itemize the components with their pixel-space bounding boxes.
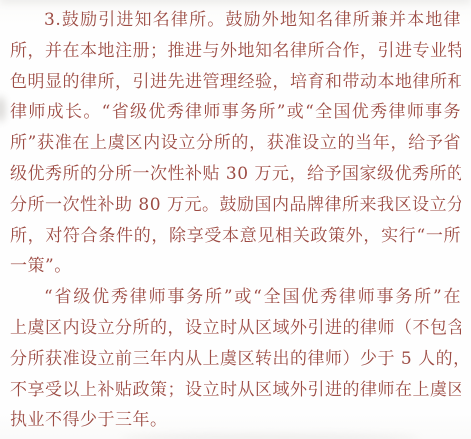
text-line: 律师成长。“省级优秀律师事务所”或“全国优秀律师事务	[10, 97, 461, 128]
text-line: 分所一次性补助 80 万元。鼓励国内品牌律所来我区设立分	[10, 190, 461, 221]
scan-artifact	[0, 0, 471, 3]
text-line: 执业不得少于三年。	[10, 405, 461, 436]
text-line: 上虞区内设立分所的，设立时从区域外引进的律师（不包含	[10, 313, 461, 344]
paragraph-2: “省级优秀律师事务所”或“全国优秀律师事务所”在 上虞区内设立分所的，设立时从区…	[10, 282, 461, 436]
text-line: 所”获准在上虞区内设立分所的，获准设立的当年，给予省	[10, 128, 461, 159]
text-line: 一策”。	[10, 251, 461, 282]
text-line: 3.鼓励引进知名律所。鼓励外地知名律所兼并本地律	[10, 5, 461, 36]
text-line: “省级优秀律师事务所”或“全国优秀律师事务所”在	[10, 282, 461, 313]
document-page: 3.鼓励引进知名律所。鼓励外地知名律所兼并本地律 所，并在本地注册；推进与外地知…	[0, 0, 471, 439]
text-line: 色明显的律所，引进先进管理经验，培育和带动本地律所和	[10, 67, 461, 98]
text-line: 所，对符合条件的，除享受本意见相关政策外，实行“一所	[10, 221, 461, 252]
text-line: 级优秀所的分所一次性补贴 30 万元，给予国家级优秀所的	[10, 159, 461, 190]
scan-artifact	[0, 96, 5, 122]
paragraph-1: 3.鼓励引进知名律所。鼓励外地知名律所兼并本地律 所，并在本地注册；推进与外地知…	[10, 5, 461, 282]
text-line: 分所获准设立前三年内从上虞区转出的律师）少于 5 人的，	[10, 344, 461, 375]
text-line: 所，并在本地注册；推进与外地知名律所合作，引进专业特	[10, 36, 461, 67]
text-line: 不享受以上补贴政策；设立时从区域外引进的律师在上虞区	[10, 375, 461, 406]
